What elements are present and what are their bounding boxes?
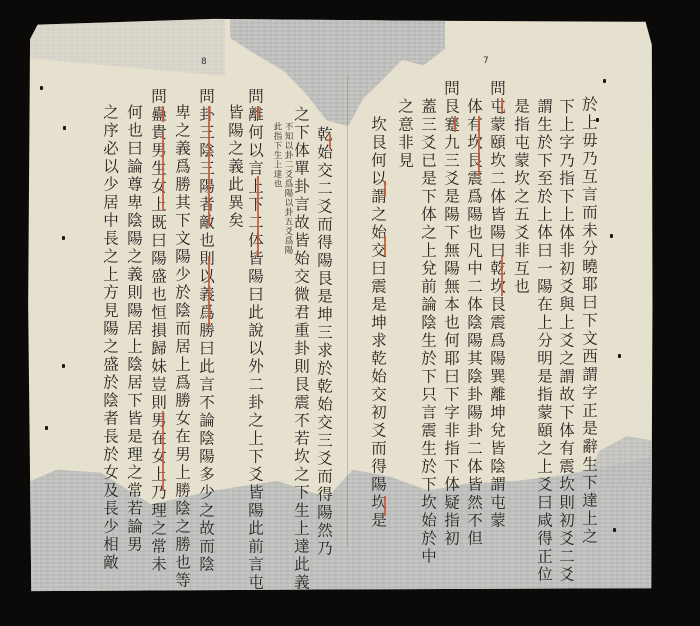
- text-column: 問卦三陰三陽者敵也則以義爲勝曰此言不論陰陽多少之故而陰: [197, 88, 214, 574]
- annotation-column: 不知以卦二爻爲陽以卦五爻爲陽: [283, 122, 292, 255]
- repair-tissue: [25, 16, 225, 76]
- red-mark: [501, 256, 503, 296]
- red-mark: [162, 106, 164, 122]
- red-mark: [501, 98, 503, 114]
- center-fold: [347, 76, 348, 546]
- binding-hole: [610, 234, 613, 238]
- binding-hole: [62, 364, 65, 368]
- text-column: 之序必以少居中長之上方見陽之盛於陰者長於女及長少相敵: [101, 104, 118, 572]
- red-mark: [208, 106, 210, 226]
- text-column: 於上毋乃互言而未分曉耶曰下文西謂字正是辭生下達上之: [580, 96, 597, 546]
- annotation-column: 此指下生上達也: [272, 122, 281, 189]
- red-mark: [208, 256, 210, 326]
- text-column: 卑之義爲勝其下文陽少於陰而居上爲勝女在男上勝陰之勝也等: [173, 104, 190, 590]
- red-mark: [257, 176, 259, 256]
- text-column: 之下体單卦言故皆始交微君重卦則艮震不若坎之下生上達此義: [292, 106, 309, 592]
- text-column: 是指屯蒙坎之五爻非互也: [512, 98, 529, 296]
- text-column: 蓋三爻已是下体之上兌前論陰生於下只言震生於下坎始於中: [419, 98, 436, 566]
- red-mark: [454, 116, 456, 132]
- binding-hole: [613, 528, 616, 532]
- binding-hole: [618, 354, 621, 358]
- text-column: 問艮蹇九三爻是陽下無陽無本也何耶曰下字非指下体疑指初: [442, 80, 459, 548]
- page-number-left: 8: [201, 57, 207, 67]
- page-number-right: 7: [483, 56, 489, 66]
- red-mark: [384, 236, 386, 256]
- text-column: 何也曰論尊卑陰陽之義則陽居上陰居下皆是理之常若論男: [125, 104, 142, 554]
- red-mark: [257, 106, 259, 118]
- binding-hole: [596, 118, 599, 122]
- red-mark: [162, 411, 164, 491]
- red-mark: [384, 496, 386, 516]
- binding-hole: [40, 86, 43, 90]
- text-column: 下上字乃指下上体非初爻與上爻之謂故下体有震坎則初爻二爻: [557, 98, 574, 584]
- text-column: 皆陽之義此異矣: [226, 104, 243, 230]
- text-column: 問離何以言上下二体皆陽曰此說以外二卦之上下爻皆陽此前言屯: [246, 88, 263, 592]
- text-column: 問屯蒙頤坎二体皆陽曰乾坎艮震爲陽巽離坤兌皆陰謂屯蒙: [488, 80, 505, 530]
- binding-hole: [62, 236, 65, 240]
- binding-hole: [63, 126, 66, 130]
- red-mark: [384, 181, 386, 197]
- red-mark: [478, 116, 480, 176]
- manuscript-sheet: 8 7 乾始交二爻而得陽艮是坤三求於乾始交三爻而得陽然乃 之下体單卦言故皆始交微…: [25, 16, 655, 594]
- text-column: 謂生於下至於上体曰一陽在上分明是指蒙頤之上爻曰咸得正位: [535, 98, 552, 584]
- text-column: 坎艮何以謂之始交曰震是坤求乾始交初爻而得陽坎是: [369, 116, 386, 530]
- binding-hole: [45, 426, 48, 430]
- red-mark: [162, 134, 164, 210]
- binding-hole: [603, 79, 606, 83]
- text-column: 之意非見: [396, 98, 413, 170]
- text-column: 乾始交二爻而得陽艮是坤三求於乾始交三爻而得陽然乃: [315, 126, 332, 558]
- red-mark: [329, 134, 331, 148]
